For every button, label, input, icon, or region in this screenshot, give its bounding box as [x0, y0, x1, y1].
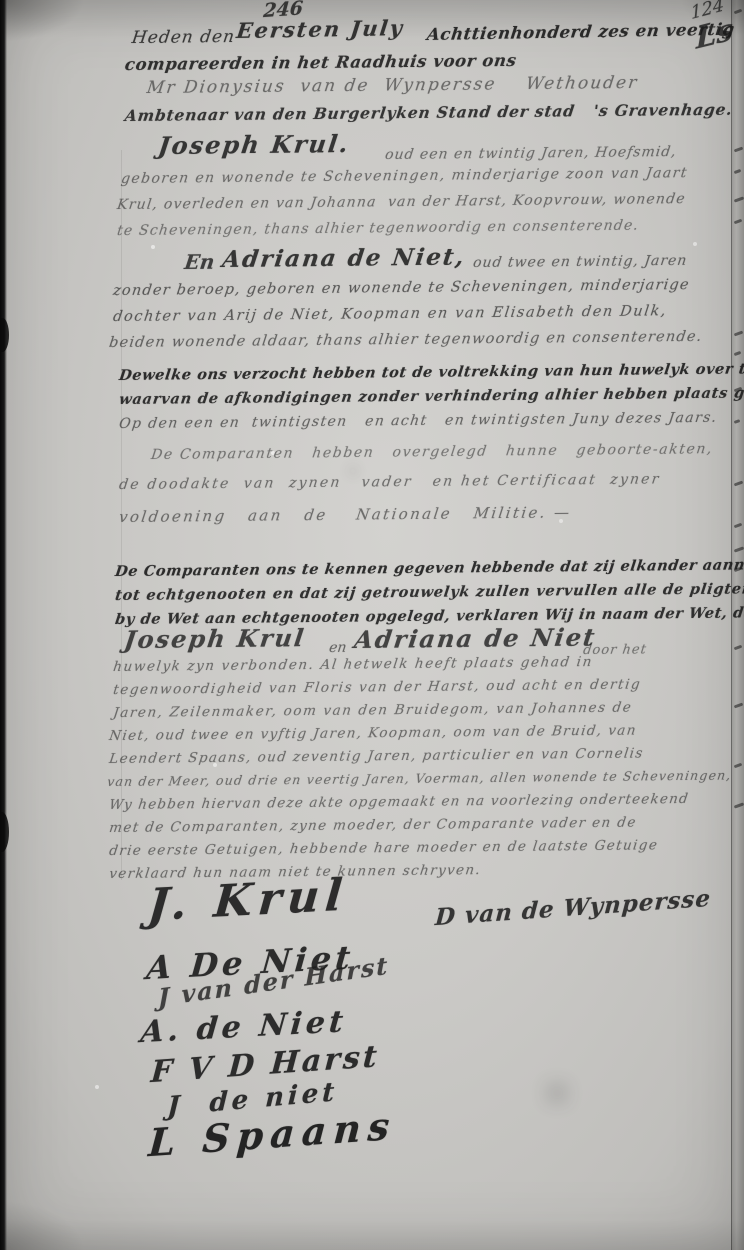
line-date-day: Eersten July — [235, 17, 405, 41]
manuscript-line: te Scheveningen, thans alhier tegenwoord… — [116, 219, 640, 238]
manuscript-line: en — [328, 641, 347, 655]
signature-f-v-d-harst: F V D Harst — [150, 1042, 381, 1088]
page-fold-edge — [731, 0, 744, 1250]
signature-a-de-niet-2: A. de Niet — [139, 1007, 348, 1048]
manuscript-line: tegenwoordigheid van Floris van der Hars… — [112, 678, 642, 697]
manuscript-line: Wy hebben hiervan deze akte opgemaakt en… — [108, 793, 689, 813]
bride-intro: En — [183, 252, 215, 272]
manuscript-line: Jaren, Zeilenmaker, oom van den Bruidego… — [112, 702, 633, 721]
manuscript-line: Dewelke ons verzocht hebben tot de voltr… — [118, 362, 744, 384]
line-official-name: Mr Dionysius van de Wynpersse Wethouder — [146, 75, 639, 97]
manuscript-line: geboren en wonende te Scheveningen, mind… — [120, 166, 689, 186]
scan-edge-blob — [0, 812, 9, 852]
manuscript-line: De Comparanten ons te kennen gegeven heb… — [114, 558, 744, 580]
bride-details: oud twee en twintig, Jaren — [472, 254, 688, 270]
scan-left-edge — [0, 0, 7, 1250]
manuscript-line: Krul, overleden en van Johanna van der H… — [116, 192, 687, 212]
manuscript-line: van der Meer, oud drie en veertig Jaren,… — [106, 769, 732, 788]
line-date-year: Achttienhonderd zes en veertig — [426, 22, 736, 44]
manuscript-line: beiden wonende aldaar, thans alhier tege… — [108, 330, 703, 351]
groom-details: oud een en twintig Jaren, Hoefsmid, — [384, 145, 677, 162]
manuscript-line: Leendert Spaans, oud zeventig Jaren, par… — [108, 747, 644, 766]
line-ambtenaar: Ambtenaar van den Burgerlyken Stand der … — [124, 102, 734, 124]
manuscript-line: tot echtgenooten en dat zij getrouwelyk … — [114, 582, 744, 603]
manuscript-line: Niet, oud twee en vyftig Jaren, Koopman,… — [108, 724, 637, 743]
line-raadhuis: compareerden in het Raadhuis voor ons — [124, 53, 518, 74]
signature-j-krul: J. Krul — [146, 874, 350, 929]
manuscript-line: voldoening aan de Nationale Militie. — — [118, 505, 572, 525]
groom-name: Joseph Krul. — [157, 132, 351, 158]
bride-name: Adriana de Niet, — [221, 245, 467, 271]
manuscript-line: de doodakte van zynen vader en het Certi… — [118, 472, 661, 492]
paper-speckles — [0, 0, 2, 2]
signature-official-wynpersse: D van de Wynpersse — [434, 887, 711, 929]
manuscript-line: met de Comparanten, zyne moeder, der Com… — [108, 816, 637, 835]
manuscript-line: drie eerste Getuigen, hebbende hare moed… — [108, 839, 659, 858]
manuscript-line: waarvan de afkondigingen zonder verhinde… — [118, 386, 744, 408]
manuscript-line: dochter van Arij de Niet, Koopman en van… — [112, 304, 668, 324]
manuscript-line: Op den een en twintigsten en acht en twi… — [118, 411, 718, 431]
scan-edge-blob — [0, 318, 9, 352]
manuscript-line: huwelyk zyn verbonden. Al hetwelk heeft … — [112, 656, 593, 675]
scanned-marriage-record: 246 124 Ls Heden denEersten JulyAchttien… — [0, 0, 744, 1250]
line-heden-den: Heden den — [131, 29, 236, 47]
vow-bride-name: Adriana de Niet — [353, 625, 598, 652]
vow-groom-name: Joseph Krul — [123, 626, 307, 652]
manuscript-line: zonder beroep, geboren en wonende te Sch… — [112, 278, 691, 299]
manuscript-line: De Comparanten hebben overgelegd hunne g… — [150, 442, 714, 462]
